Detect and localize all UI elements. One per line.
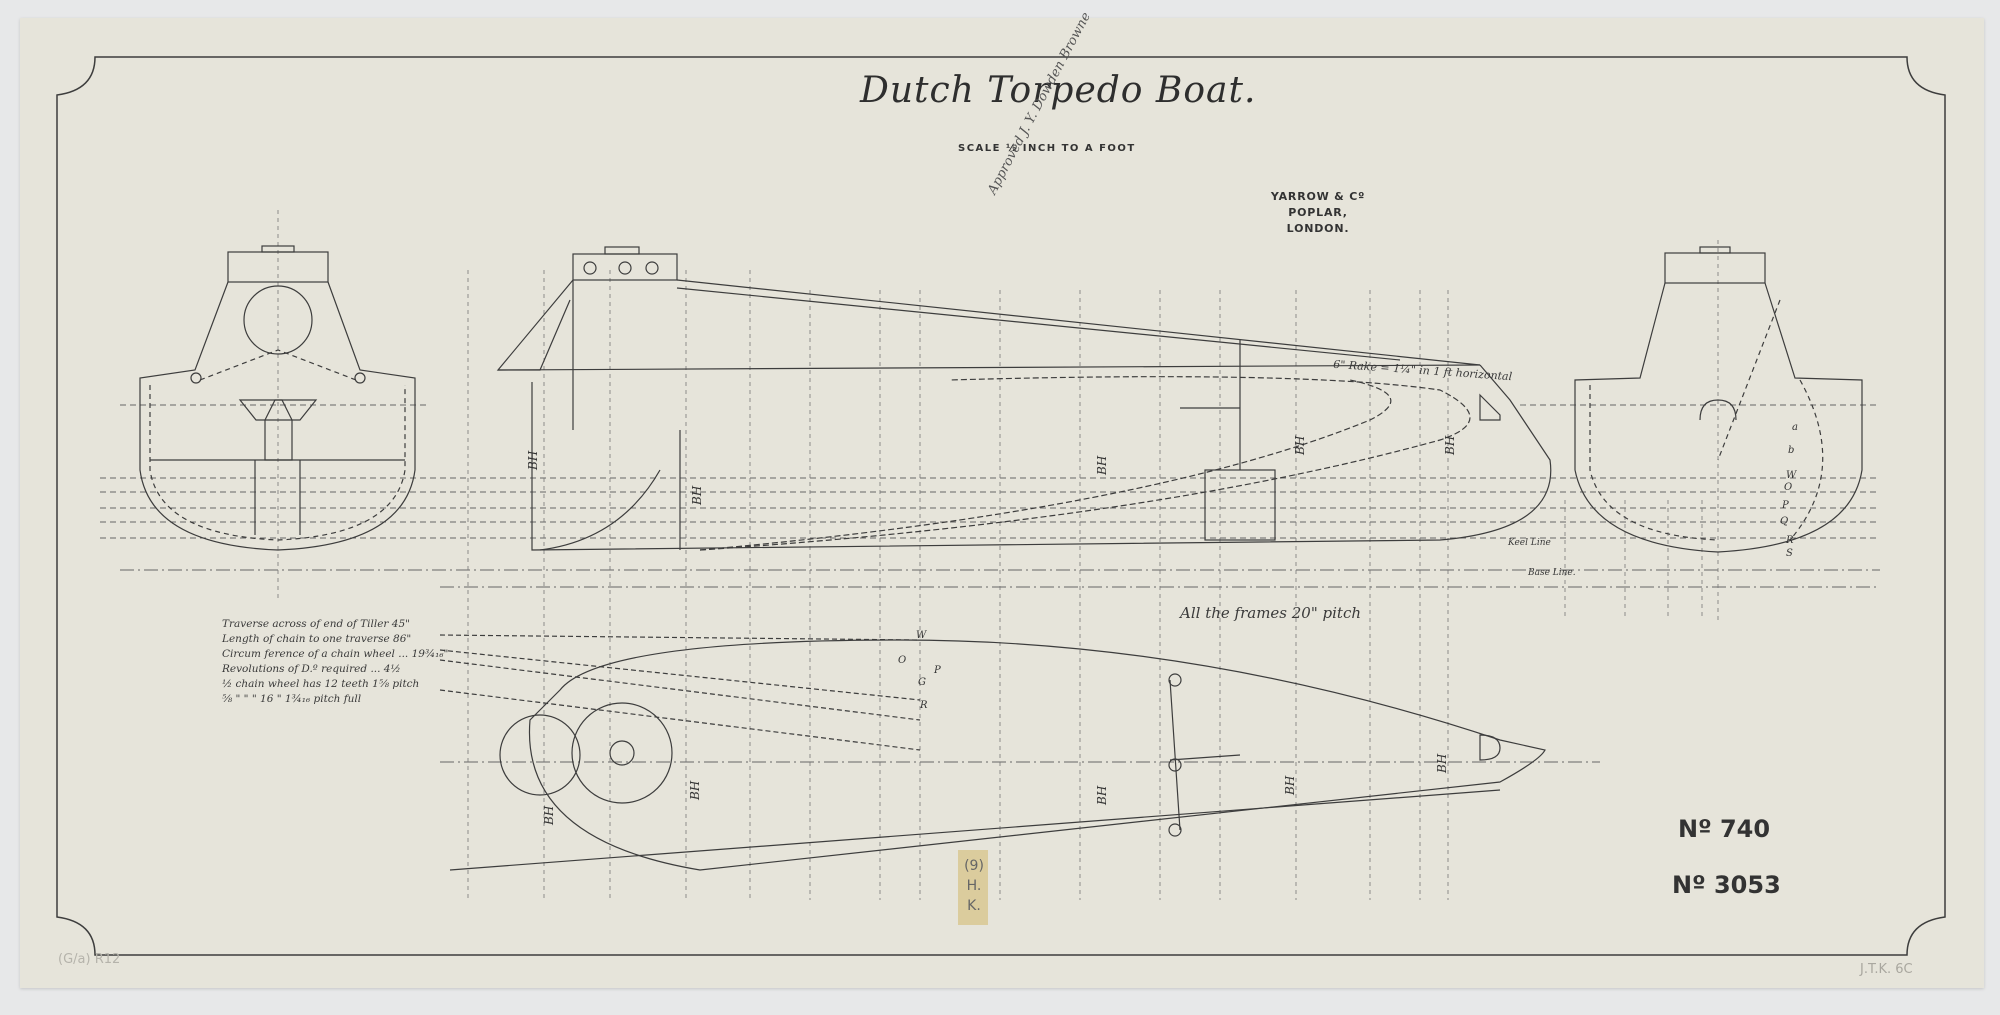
bulkhead-label: BH	[1293, 436, 1307, 455]
waterline-label: W	[1786, 470, 1796, 481]
note-line: ⅝ " " " 16 " 1¾₁₆ pitch full	[222, 692, 448, 707]
plan-waterline-label: W	[916, 630, 926, 641]
maker-district: POPLAR,	[1262, 205, 1374, 221]
specification-notes: Traverse across of end of Tiller 45" Len…	[222, 617, 448, 707]
bulkhead-label: BH	[1095, 456, 1109, 475]
bulkhead-label: BH	[690, 486, 704, 505]
catalogue-numbers: Nº 740 Nº 3053	[1672, 815, 1781, 899]
catalogue-number-3053: Nº 3053	[1672, 871, 1781, 899]
scale-label: SCALE ½ INCH TO A FOOT	[958, 143, 1136, 154]
plan-waterline-label: R	[920, 700, 928, 711]
note-line: Revolutions of D.º required ... 4½	[222, 662, 448, 677]
bulkhead-label: BH	[542, 806, 556, 825]
plan-waterline-label: O	[898, 655, 906, 666]
maker-city: LONDON.	[1262, 221, 1374, 237]
plan-view	[440, 635, 1545, 870]
body-section-left	[140, 246, 415, 550]
note-line: Traverse across of end of Tiller 45"	[222, 617, 448, 632]
frames-pitch-annotation: All the frames 20" pitch	[1180, 604, 1361, 622]
keel-line-label: Keel Line	[1508, 538, 1551, 548]
waterline-label: Q	[1780, 516, 1788, 527]
body-section-right	[1575, 247, 1862, 552]
bulkhead-label: BH	[1283, 776, 1297, 795]
plan-waterline-label: G	[918, 677, 926, 688]
archive-stamp-text: (9) H. K.	[960, 856, 988, 916]
margin-note-left: (G/a) R12	[58, 952, 120, 967]
waterline-label: S	[1786, 548, 1793, 559]
bulkhead-label: BH	[1095, 786, 1109, 805]
bulkhead-label: BH	[526, 451, 540, 470]
maker-name: YARROW & Cº	[1262, 189, 1374, 205]
waterline-label: P	[1782, 500, 1789, 511]
plan-waterline-label: P	[934, 665, 941, 676]
bulkhead-label: BH	[1443, 436, 1457, 455]
note-line: Circum ference of a chain wheel ... 19¾₁…	[222, 647, 448, 662]
catalogue-number-740: Nº 740	[1678, 815, 1781, 843]
bulkhead-label: BH	[688, 781, 702, 800]
bulkhead-label: BH	[1435, 754, 1449, 773]
waterline-label: R	[1786, 535, 1794, 546]
maker-block: YARROW & Cº POPLAR, LONDON.	[1262, 189, 1374, 237]
waterline-label: b	[1788, 445, 1794, 456]
margin-note-right: J.T.K. 6C	[1860, 962, 1913, 977]
note-line: Length of chain to one traverse 86"	[222, 632, 448, 647]
waterline-label: a	[1792, 422, 1798, 433]
waterline-label: O	[1784, 482, 1792, 493]
base-line-label: Base Line.	[1528, 568, 1576, 578]
profile-elevation	[498, 247, 1551, 550]
note-line: ½ chain wheel has 12 teeth 1⅝ pitch	[222, 677, 448, 692]
